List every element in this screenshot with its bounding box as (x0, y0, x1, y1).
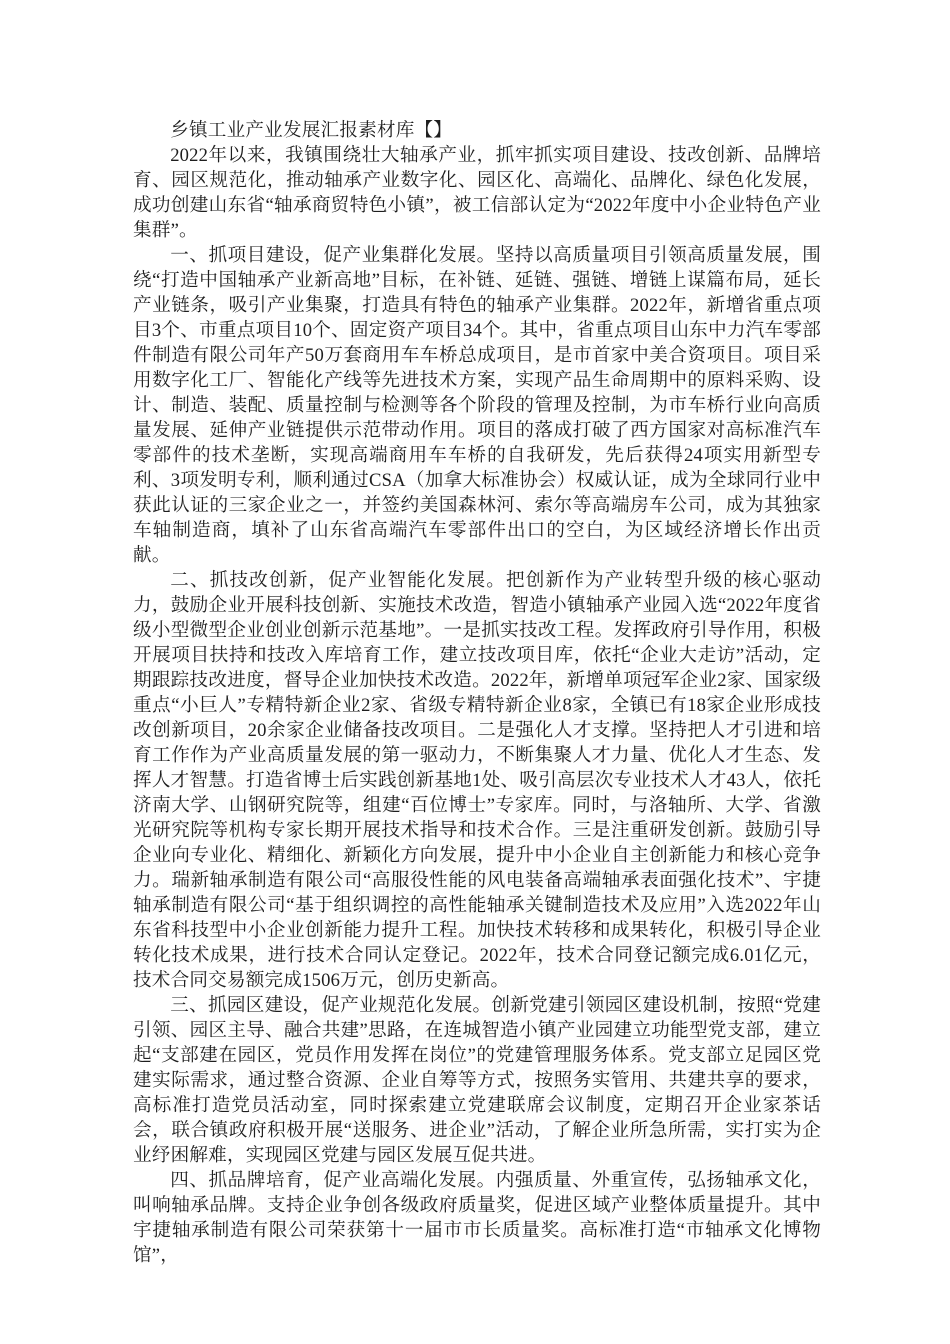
document-title: 乡镇工业产业发展汇报素材库【】 (133, 118, 821, 143)
paragraph-overview: 2022年以来，我镇围绕壮大轴承产业，抓牢抓实项目建设、技改创新、品牌培育、园区… (133, 143, 821, 243)
paragraph-section-3-park-construction: 三、抓园区建设，促产业规范化发展。创新党建引领园区建设机制，按照“党建引领、园区… (133, 993, 821, 1168)
document-body: 乡镇工业产业发展汇报素材库【】 2022年以来，我镇围绕壮大轴承产业，抓牢抓实项… (133, 118, 821, 1268)
paragraph-section-2-technical-innovation: 二、抓技改创新，促产业智能化发展。把创新作为产业转型升级的核心驱动力，鼓励企业开… (133, 568, 821, 993)
paragraph-section-1-project-construction: 一、抓项目建设，促产业集群化发展。坚持以高质量项目引领高质量发展，围绕“打造中国… (133, 243, 821, 568)
paragraph-section-4-brand-cultivation: 四、抓品牌培育，促产业高端化发展。内强质量、外重宣传，弘扬轴承文化，叫响轴承品牌… (133, 1168, 821, 1268)
document-page: 乡镇工业产业发展汇报素材库【】 2022年以来，我镇围绕壮大轴承产业，抓牢抓实项… (0, 0, 950, 1344)
